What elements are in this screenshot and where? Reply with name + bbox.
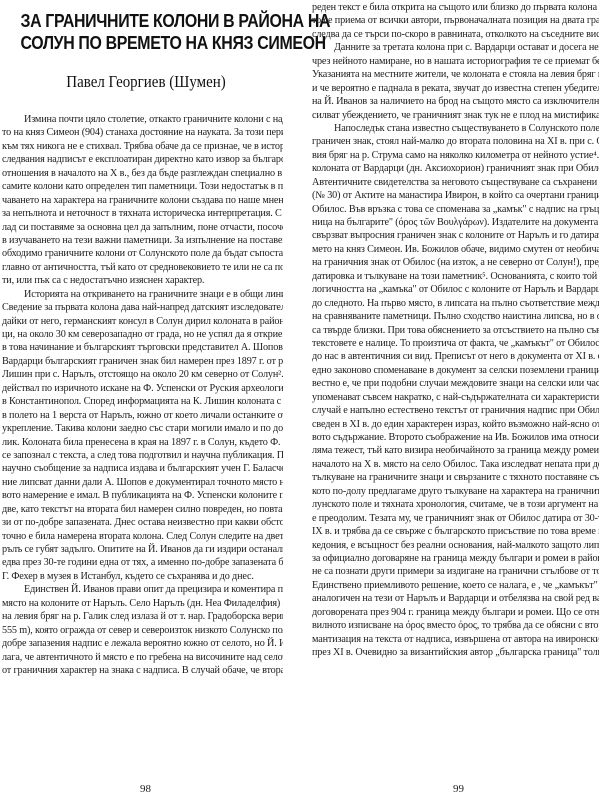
text-line: обходимо граничните колони от Солунското… [2,247,283,260]
text-line: ци, на около 30 км северозападно от град… [2,328,283,341]
text-line: точно е била намерена втората колона. Сл… [2,530,283,543]
text-line: следва да се търси по-скоро в равнината,… [312,28,599,41]
text-line: началото на X в. място на село Обилос. Т… [312,458,599,471]
text-line: главно от античността, тъй като от средн… [2,261,283,274]
text-line: упоменават съвсем накратко, с най-съдърж… [312,391,599,404]
article-title-line-2: СОЛУН ПО ВРЕМЕТО НА КНЯЗ СИМЕОН [20,32,271,54]
left-page-body-text: Изминa почти цяло столетие, откакто гран… [2,113,283,677]
text-line: мето на княз Симеон. Ив. Божилов обаче, … [312,243,599,256]
text-line: дайки от него, германският консул в Солу… [2,315,283,328]
text-line: Обилос. Във връзка с това се споменава з… [312,203,599,216]
text-line: до нас в автентичния си вид. Преписът от… [312,350,599,363]
text-line: Данните за третата колона при с. Вардарц… [312,41,599,54]
text-line: ние липсват данни дали А. Шопов е докуме… [2,476,283,489]
text-line: случай е напълно естествено текстът от г… [312,404,599,417]
text-line: в това начинание и българският търговски… [2,341,283,354]
text-line: лад си поставяме за основна цел да запъл… [2,221,283,234]
text-line: научно съобщение за надписа издава и бъл… [2,462,283,475]
text-line: в Константинопол. Според информацията на… [2,395,283,408]
text-line: аналогичен на тези от Нарълъ и Вардарци … [312,592,599,605]
text-line: рълъ се губят задълго. Опитите на Й. Ива… [2,543,283,556]
text-line: свързват въпросния граничен знак с колон… [312,229,599,242]
text-line: чаването на характера на граничните коло… [2,194,283,207]
text-line: от граничния характер на знака с надписа… [2,664,283,677]
text-line: са твърде близки. При това обяснението з… [312,324,599,337]
text-line: Единствено приемливото решение, което се… [312,579,599,592]
text-line: през XI в. Очевидно за византийския авто… [312,646,599,659]
text-line: сведен в XI в. до един характерен израз,… [312,418,599,431]
text-line: самите колони като определен тип паметни… [2,180,283,193]
text-line: добре запазения надпис е лежала вероятно… [2,637,283,650]
text-line: отношения в началото на X в., без да бъд… [2,167,283,180]
text-line: вото намерение е имал. В публикацията на… [2,489,283,502]
text-line: място на колоните от Нарълъ. Село Нарълъ… [2,597,283,610]
text-line: лунското поле и тяхната хронология, счит… [312,498,599,511]
article-author: Павел Георгиев (Шумен) [18,72,275,92]
text-line: за официално договаряне на граница между… [312,552,599,565]
text-line: Автентичните свидетелства за неговото съ… [312,176,599,189]
text-line: лик. Колоната била пренесена в края на 1… [2,436,283,449]
text-line: едно законово споменаване в документ за … [312,364,599,377]
text-line: за непълнота и неточност в тяхната истор… [2,207,283,220]
text-line: Единствен Й. Иванов прави опит да прециз… [2,583,283,596]
article-title-line-1: ЗА ГРАНИЧНИТЕ КОЛОНИ В РАЙОНА НА [20,10,271,32]
page-number-left: 98 [140,783,151,795]
text-line: 555 m), която огражда от север и северои… [2,624,283,637]
text-line: силват убеждението, че граничният знак т… [312,109,599,122]
text-line: на Й. Иванов за наличието на брод на същ… [312,95,599,108]
text-line: Вардарци българският граничен знак бил н… [2,355,283,368]
text-line: тълкуване на граничните знаци и свързани… [312,471,599,484]
text-line: вия бряг на р. Струма само на няколко ки… [312,149,599,162]
text-line: и че вероятно е паднала в реката, звучат… [312,82,599,95]
text-line: договорената през 904 г. граница между б… [312,606,599,619]
text-line: колоната от Вардарци (дн. Аксиохорион) г… [312,162,599,175]
text-line: в изучаването на тези важни паметници. З… [2,234,283,247]
text-line: кедония, е всъщност без реални основания… [312,539,599,552]
right-page-body-text: реден текст е била открита на същото или… [312,1,599,659]
right-page: реден текст е била открита на същото или… [310,0,600,800]
text-line: текстовете е налице. То произтича от фак… [312,337,599,350]
text-line: до следното. На първо място, в липсата н… [312,297,599,310]
text-line: в полето на 1 верста от Нарълъ, южно от … [2,409,283,422]
text-line: Лишин при с. Нарълъ, отстоящо на около 2… [2,368,283,381]
text-line: на граничния знак от Обилос (на изток, а… [312,256,599,269]
text-line: се запознал с текста, а след това подгот… [2,449,283,462]
text-line: Изминa почти цяло столетие, откакто гран… [2,113,283,126]
text-line: Историята на откриването на граничните з… [2,288,283,301]
text-line: кото по-долу предлагаме друго тълкуване … [312,485,599,498]
text-line: две, като текстът на втората бил намерен… [2,503,283,516]
text-line: на сравняваните паметници. Пълно сходств… [312,310,599,323]
text-line: едва през 30-те години една от тях, а им… [2,556,283,569]
text-line: действал по изричното искане на Ф. Успен… [2,382,283,395]
text-line: зи от по-добре запазената. Днес остава н… [2,516,283,529]
text-line: вилното изписване на όρος вместо όρος, т… [312,619,599,632]
page-number-right: 99 [453,783,464,795]
text-line: то на княз Симеон (904) станаха достояни… [2,126,283,139]
text-line: ти, или пък са с недостатъчно изяснен ха… [2,274,283,287]
text-line: реден текст е била открита на същото или… [312,1,599,14]
text-line: е преодолим. Тезата му, че граничният зн… [312,512,599,525]
text-line: вестно е, че при подобни случаи междовит… [312,377,599,390]
text-line: ляма тежест, тъй като визира необичайнот… [312,444,599,457]
text-line: Указанията на местните жители, че колона… [312,68,599,81]
article-title: ЗА ГРАНИЧНИТЕ КОЛОНИ В РАЙОНА НА СОЛУН П… [20,10,271,54]
text-line: Напоследък стана известно съществуването… [312,122,599,135]
text-line: лага, че автентичното й място е по гребе… [2,651,283,664]
text-line: не са познати други примери за издигане … [312,565,599,578]
text-line: вото съдържание. Второто съображение на … [312,431,599,444]
text-line: Сведение за първата колона дава най-напр… [2,301,283,314]
text-line: Г. Фехер в музея в Истанбул, където се с… [2,570,283,583]
text-line: (№ 30) от Актите на манастира Ивирон, в … [312,189,599,202]
text-line: ница на българите" (όρος τῶν Βουλγάρων).… [312,216,599,229]
text-line: на левия бряг на р. Галик след излаза й … [2,610,283,623]
text-line: логичността на „камъка" от Обилос с коло… [312,283,599,296]
text-line: към тях никога не е стихвал. Трябва обач… [2,140,283,153]
text-line: следвания надписът е експлоатиран директ… [2,153,283,166]
text-line: граничен знак, стоял най-малко до вторат… [312,135,599,148]
left-page: ЗА ГРАНИЧНИТЕ КОЛОНИ В РАЙОНА НА СОЛУН П… [0,0,292,800]
text-line: датировка и тълкуване на този паметник⁵.… [312,270,599,283]
text-line: укрепление. Такива колони заедно със ста… [2,422,283,435]
text-line: то се приема от всички автори, първонача… [312,14,599,27]
text-line: мантизация на текста от надписа, извърше… [312,633,599,646]
text-line: IX в. и трябва да се свърже с българскот… [312,525,599,538]
text-line: чрез нейното намиране, но в нашата истор… [312,55,599,68]
